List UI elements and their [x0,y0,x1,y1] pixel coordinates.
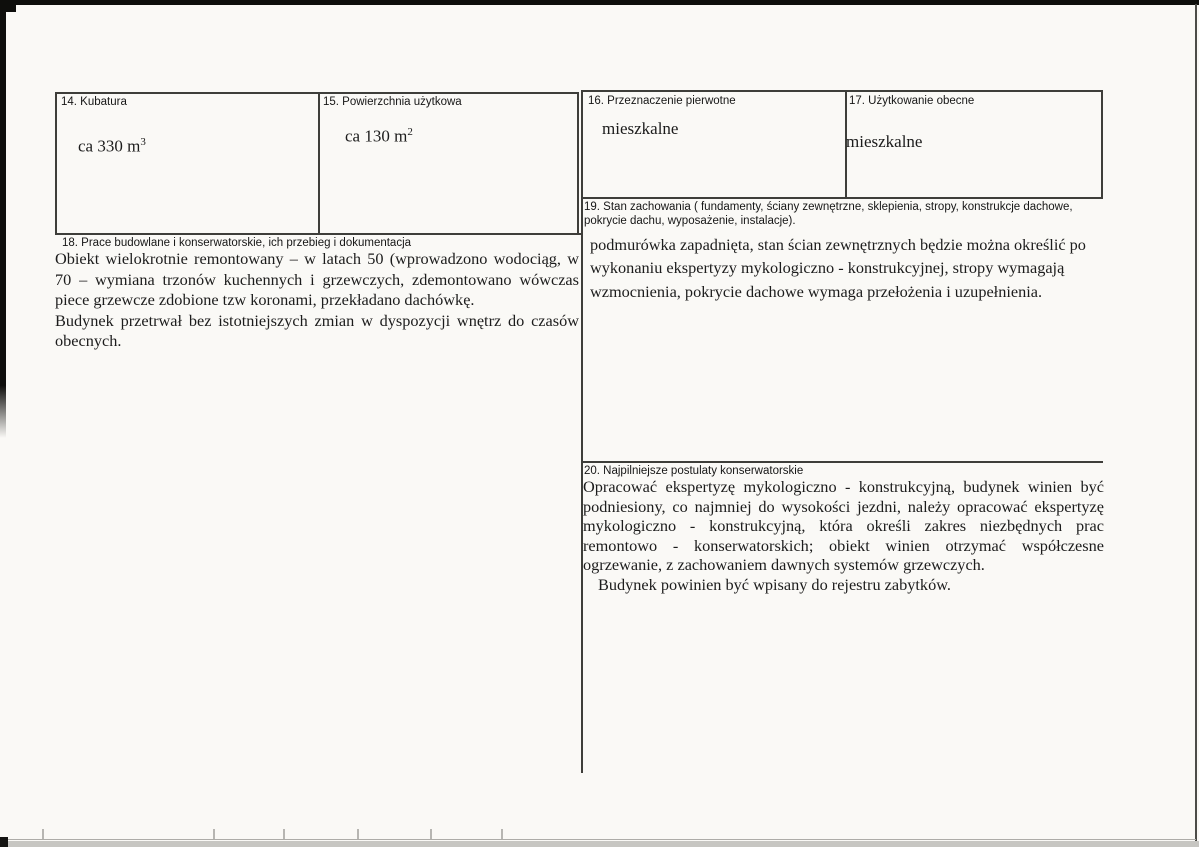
field-14-unit-exponent: 3 [140,136,146,148]
binding-mark [430,829,432,839]
scan-edge-right [1195,4,1197,842]
field-18-paragraph-2: Budynek przetrwał bez istotniejszych zmi… [55,311,579,352]
binding-mark [213,829,215,839]
field-15-value: ca 130 m2 [345,126,413,147]
binding-mark [357,829,359,839]
field-20-paragraph-2: Budynek powinien być wpisany do rejestru… [583,575,1104,595]
right-table-top-border [582,90,1103,92]
field-18-label: 18. Prace budowlane i konserwatorskie, i… [62,237,411,249]
field-19-label: 19. Stan zachowania ( fundamenty, ściany… [584,201,1102,228]
scan-edge-left [0,0,6,438]
center-column-divider [581,90,583,773]
left-table-top-border [55,92,579,94]
field-17-value: mieszkalne [846,132,922,152]
field-17-label: 17. Użytkowanie obecne [849,95,974,107]
binding-mark [42,829,44,839]
field-15-unit-exponent: 2 [407,126,413,138]
binding-mark [501,829,503,839]
field-15-label: 15. Powierzchnia użytkowa [323,96,462,108]
field-20-label: 20. Najpilniejsze postulaty konserwators… [584,465,803,477]
field-14-value: ca 330 m3 [78,136,146,157]
field-20-paragraph-1: Opracować ekspertyzę mykologiczno - kons… [583,477,1104,575]
field-18-paragraph-1: Obiekt wielokrotnie remontowany – w lata… [55,249,579,311]
divider-14-15 [318,92,320,234]
field-14-label: 14. Kubatura [61,96,127,108]
scan-edge-top [0,0,1199,5]
field-20-text: Opracować ekspertyzę mykologiczno - kons… [583,477,1104,595]
scan-edge-bottom-band [0,841,1199,847]
field-18-text: Obiekt wielokrotnie remontowany – w lata… [55,249,579,352]
binding-mark [283,829,285,839]
field-16-label: 16. Przeznaczenie pierwotne [588,95,736,107]
right-table-right-border [1101,90,1103,198]
left-table-right-border [577,92,579,234]
left-table-bottom-border [55,233,581,235]
left-table-left-border [55,92,57,234]
line-above-field-20 [582,461,1103,463]
field-16-value: mieszkalne [602,119,678,139]
scan-edge-corner [0,0,16,12]
line-above-field-19 [582,197,1103,199]
scan-edge-bottom-line [6,839,1196,840]
scanned-form-page: 14. Kubatura ca 330 m3 15. Powierzchnia … [0,0,1199,847]
field-19-text: podmurówka zapadnięta, stan ścian zewnęt… [590,233,1106,303]
scan-edge-bottom-corner [0,837,8,847]
